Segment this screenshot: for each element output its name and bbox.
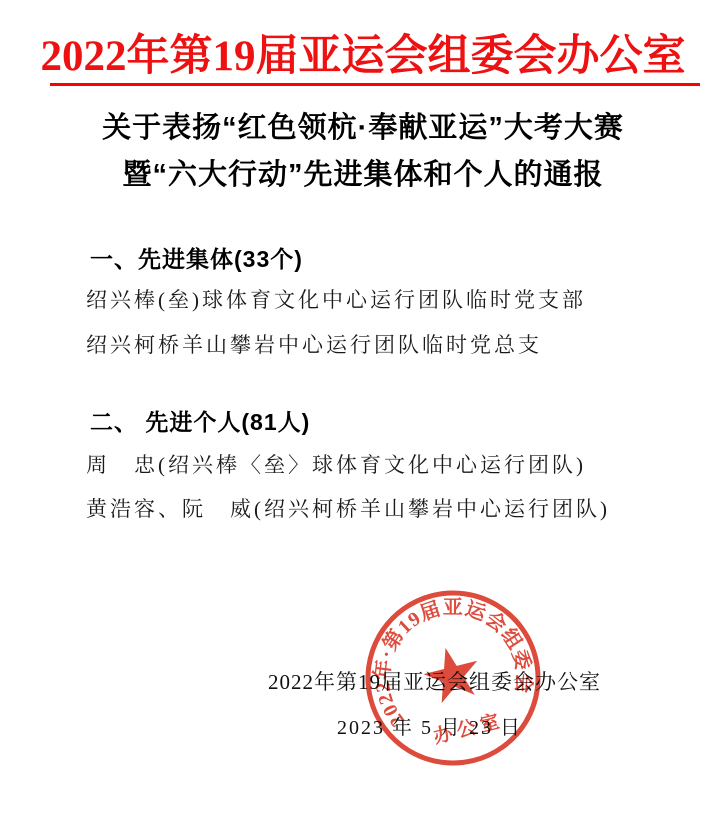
title-line-1: 关于表扬“红色领杭·奉献亚运”大考大赛 — [0, 105, 726, 152]
document-title: 关于表扬“红色领杭·奉献亚运”大考大赛 暨“六大行动”先进集体和个人的通报 — [0, 105, 726, 199]
title-line-2: 暨“六大行动”先进集体和个人的通报 — [0, 152, 726, 199]
section-1-heading: 一、先进集体(33个) — [90, 241, 303, 274]
official-seal: 2022年·第19届亚运会组委会 办公室 — [344, 569, 562, 787]
collective-item-2: 绍兴柯桥羊山攀岩中心运行团队临时党总支 — [86, 329, 542, 359]
seal-bottom-text: 办公室 — [431, 708, 506, 748]
individual-item-1: 周 忠(绍兴棒〈垒〉球体育文化中心运行团队) — [86, 449, 586, 479]
individual-item-2: 黄浩容、阮 威(绍兴柯桥羊山攀岩中心运行团队) — [86, 493, 610, 523]
collective-item-1: 绍兴棒(垒)球体育文化中心运行团队临时党支部 — [86, 284, 586, 314]
document-header-org: 2022年第19届亚运会组委会办公室 — [0, 22, 726, 83]
star-icon — [419, 641, 485, 705]
section-2-heading: 二、 先进个人(81人) — [90, 404, 310, 437]
header-divider-line — [50, 83, 700, 86]
